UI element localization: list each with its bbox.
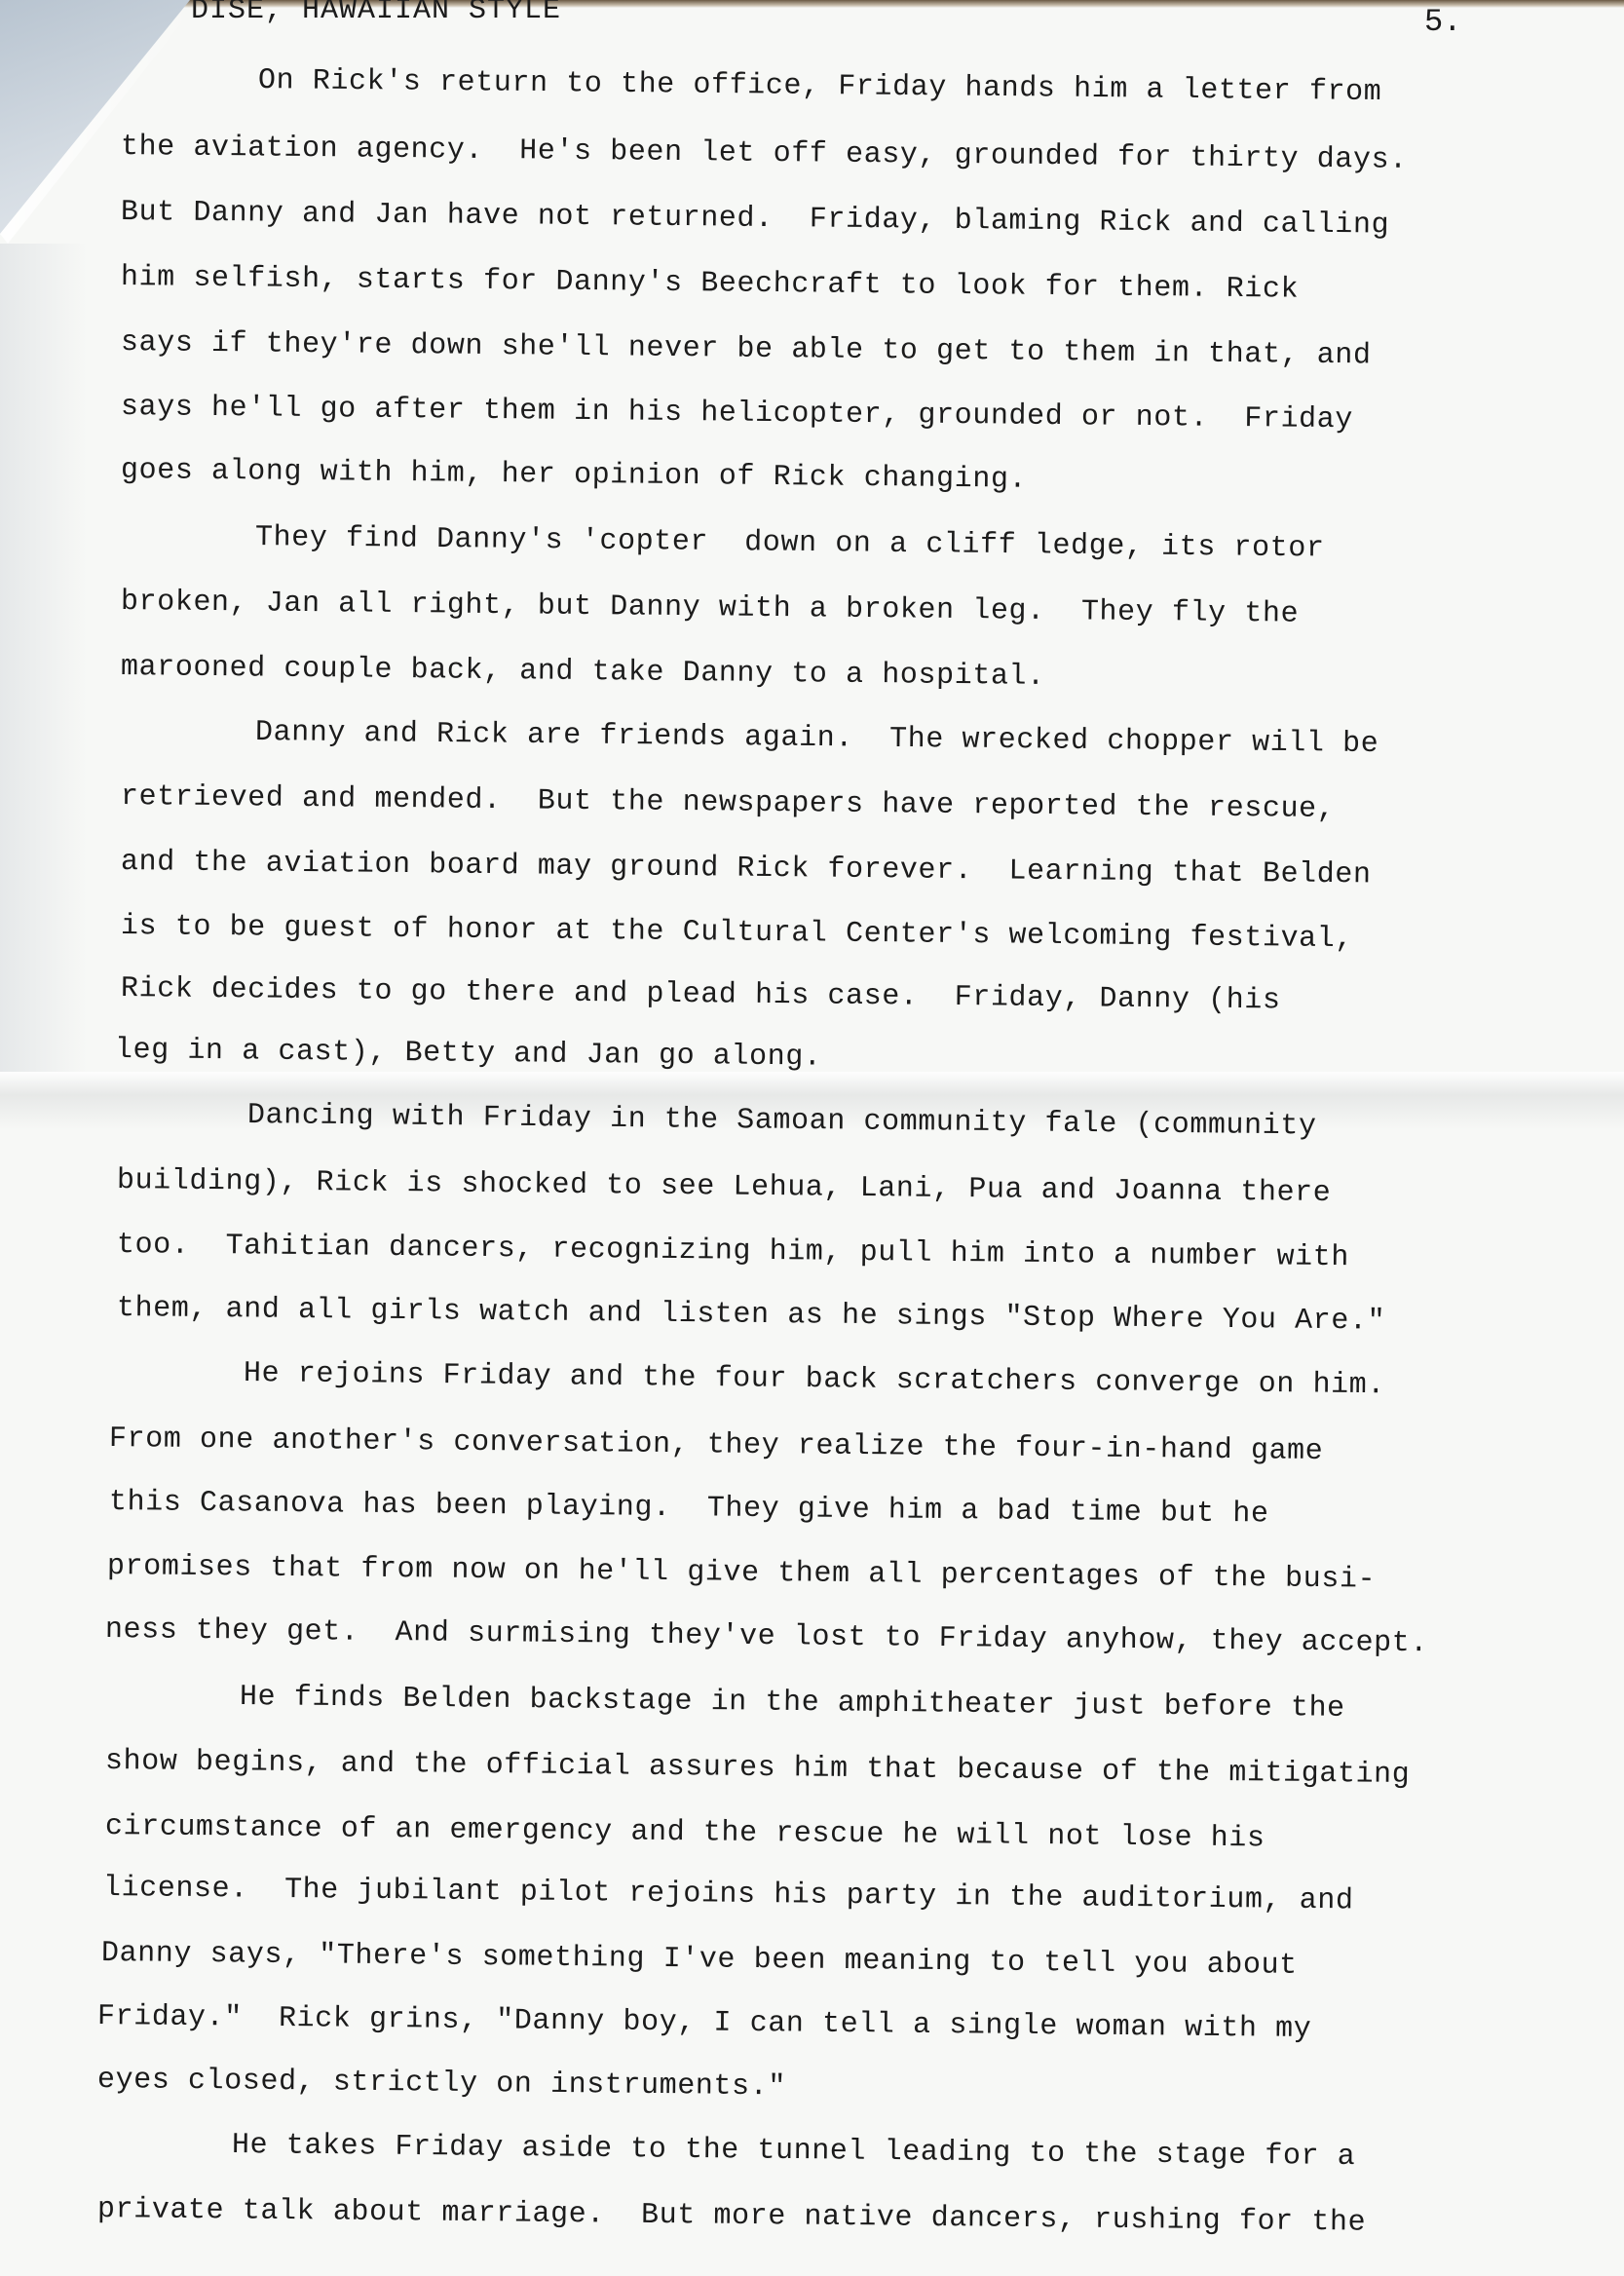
text-line: retrieved and mended. But the newspapers… [121, 782, 1336, 824]
text-line: He rejoins Friday and the four back scra… [244, 1359, 1385, 1400]
text-line: He takes Friday aside to the tunnel lead… [232, 2131, 1356, 2172]
page-number: 5. [1424, 4, 1461, 40]
text-line: Danny says, "There's something I've been… [101, 1939, 1298, 1981]
text-line: promises that from now on he'll give the… [107, 1552, 1376, 1595]
text-line: them, and all girls watch and listen as … [117, 1294, 1385, 1337]
text-line: says he'll go after them in his helicopt… [121, 393, 1353, 435]
text-line: He finds Belden backstage in the amphith… [240, 1683, 1345, 1724]
text-line: But Danny and Jan have not returned. Fri… [121, 198, 1389, 241]
text-line: says if they're down she'll never be abl… [121, 328, 1372, 370]
text-line: him selfish, starts for Danny's Beechcra… [121, 263, 1299, 305]
text-line: Friday." Rick grins, "Danny boy, I can t… [97, 2002, 1312, 2044]
text-line: broken, Jan all right, but Danny with a … [121, 588, 1299, 629]
text-line: From one another's conversation, they re… [109, 1424, 1324, 1466]
text-line: leg in a cast), Betty and Jan go along. [115, 1036, 822, 1073]
text-line: They find Danny's 'copter down on a clif… [255, 523, 1325, 563]
text-line: ness they get. And surmising they've los… [105, 1615, 1428, 1658]
text-line: the aviation agency. He's been let off e… [121, 133, 1408, 175]
text-line: eyes closed, strictly on instruments." [97, 2066, 786, 2102]
text-line: circumstance of an emergency and the res… [105, 1812, 1265, 1853]
text-line: On Rick's return to the office, Friday h… [258, 66, 1382, 107]
text-line: show begins, and the official assures hi… [105, 1747, 1411, 1790]
text-line: Rick decides to go there and plead his c… [121, 974, 1281, 1015]
text-line: marooned couple back, and take Danny to … [121, 653, 1045, 692]
text-line: goes along with him, her opinion of Rick… [121, 456, 1027, 495]
text-line: building), Rick is shocked to see Lehua,… [117, 1166, 1332, 1208]
text-line: this Casanova has been playing. They giv… [109, 1488, 1269, 1529]
text-line: and the aviation board may ground Rick f… [121, 848, 1372, 890]
scan-shading-left [0, 244, 88, 1072]
text-line: private talk about marriage. But more na… [97, 2195, 1366, 2238]
text-line: license. The jubilant pilot rejoins his … [103, 1874, 1354, 1916]
page-header-title: DISE, HAWAIIAN STYLE [191, 0, 561, 27]
text-line: too. Tahitian dancers, recognizing him, … [117, 1231, 1349, 1272]
text-line: Danny and Rick are friends again. The wr… [255, 718, 1379, 759]
text-line: is to be guest of honor at the Cultural … [121, 912, 1353, 954]
